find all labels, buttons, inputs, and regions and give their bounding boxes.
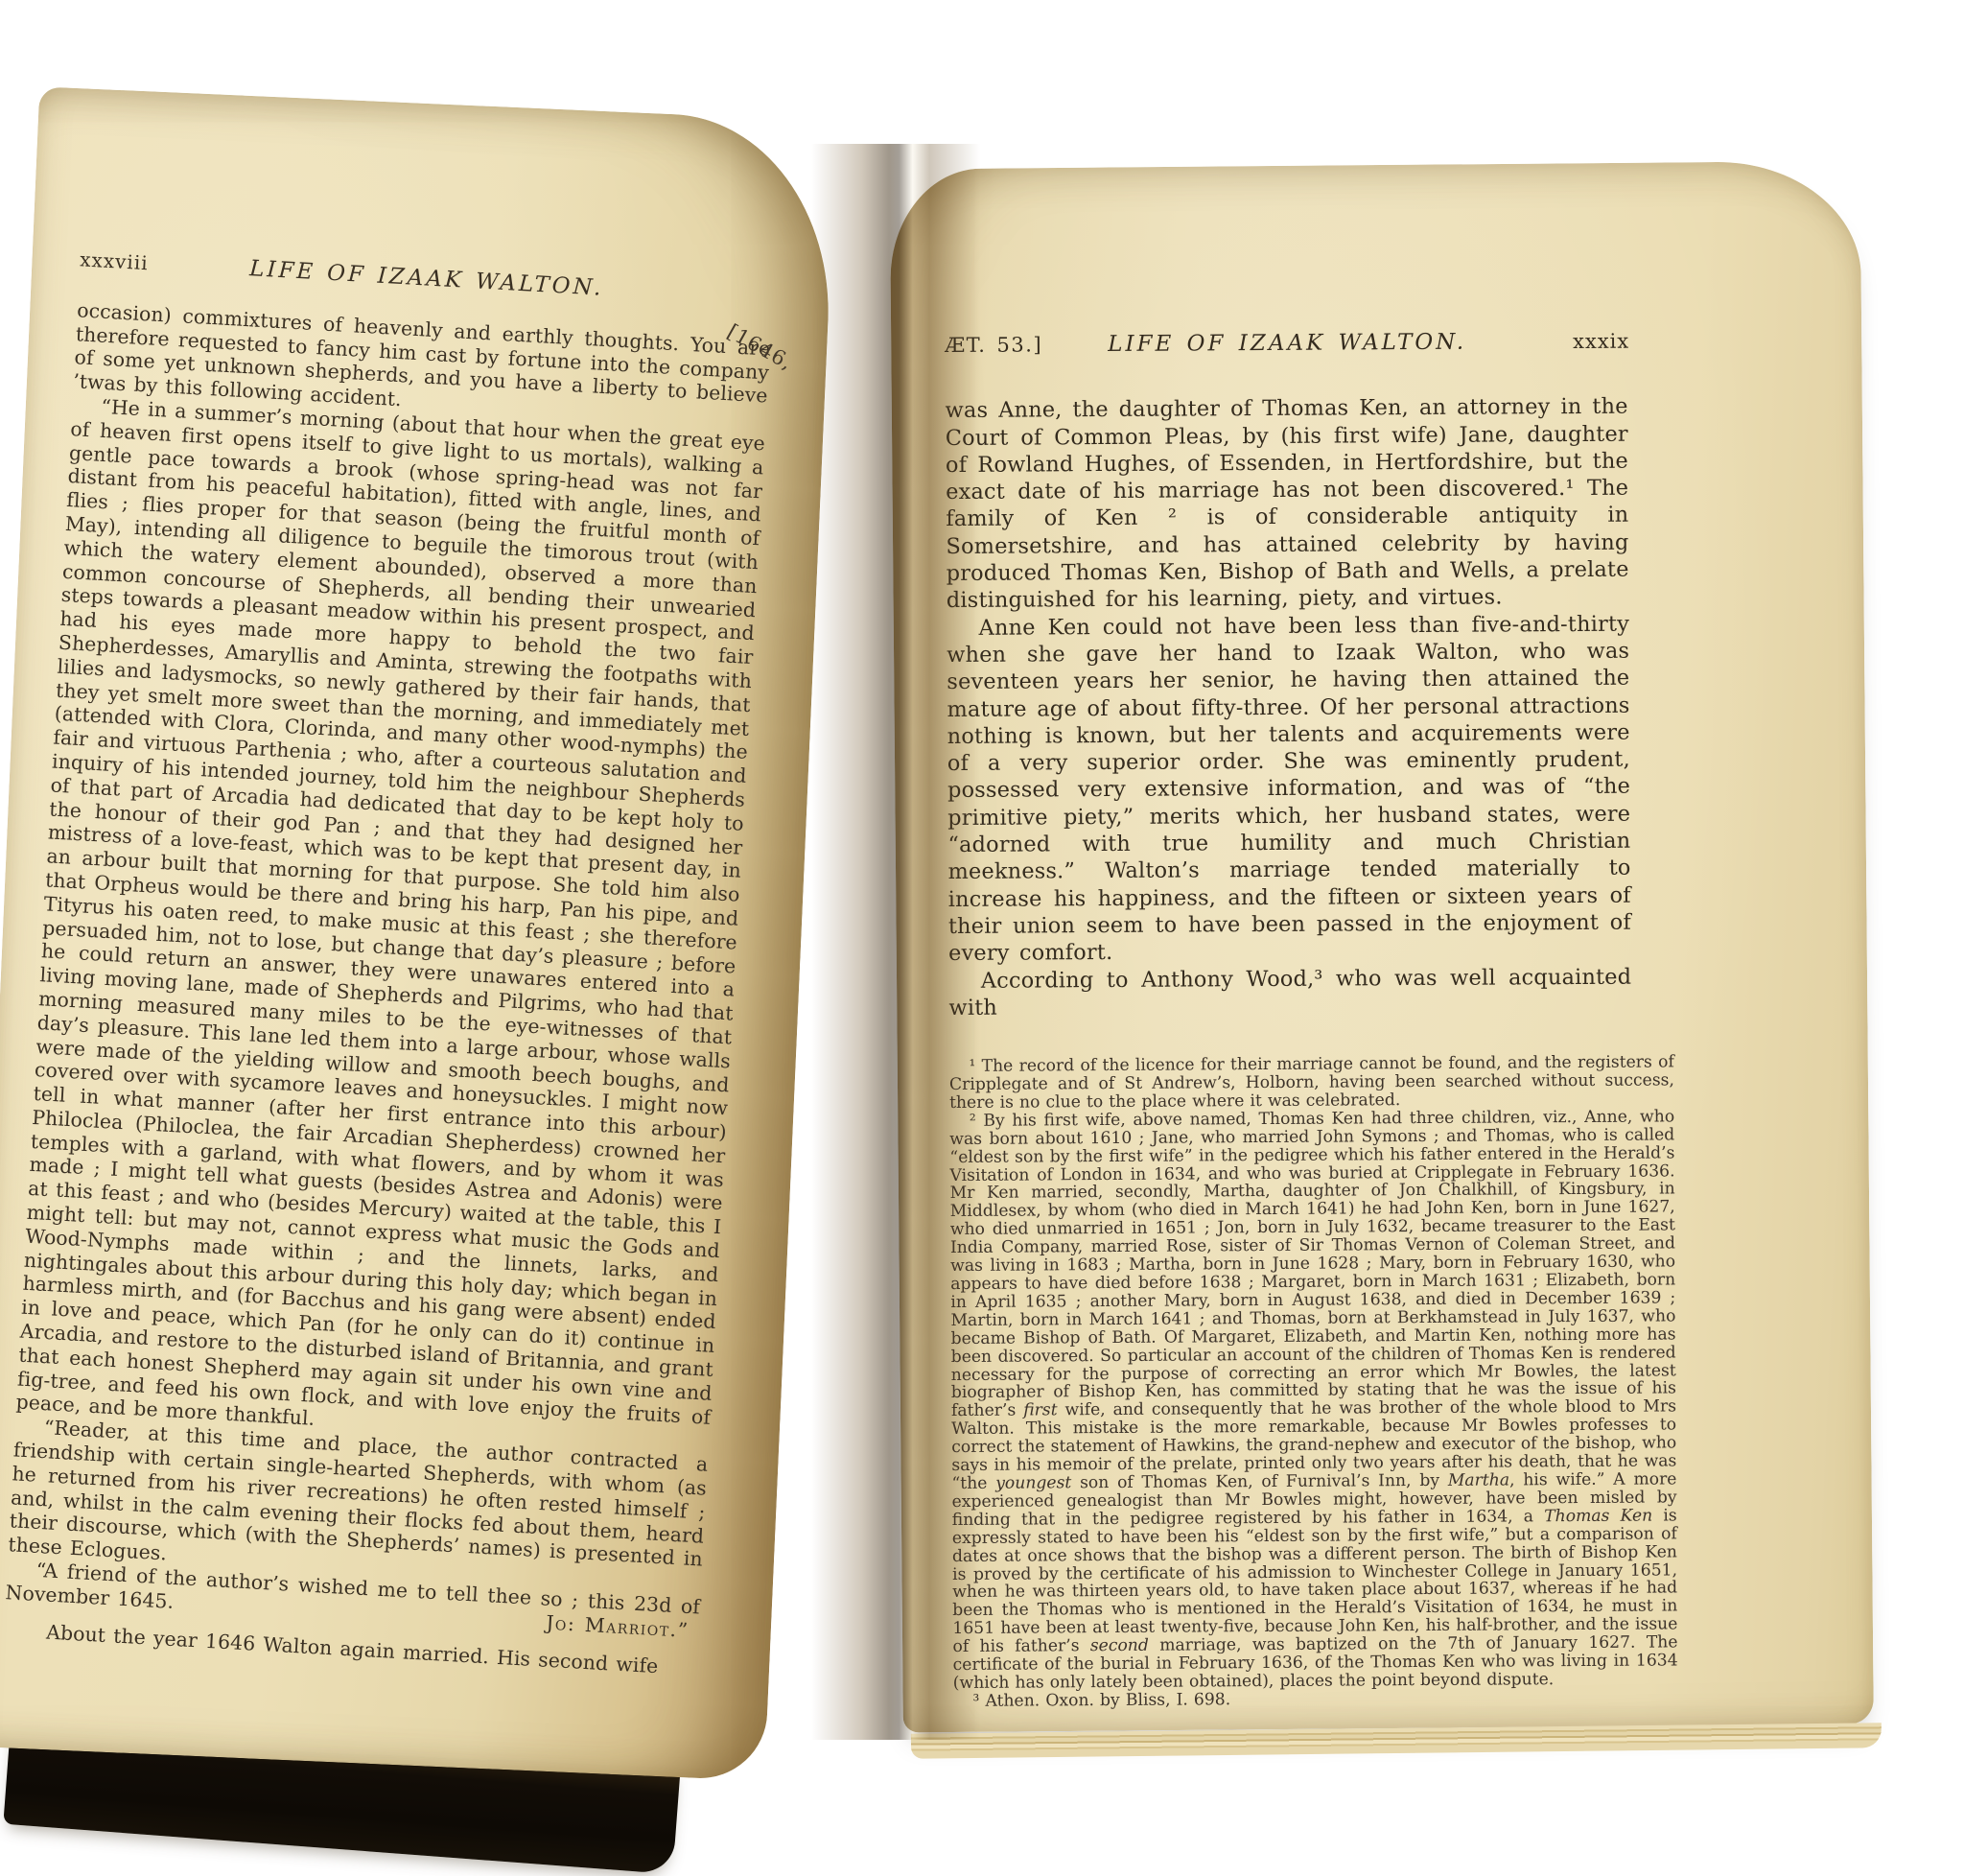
left-running-title: LIFE OF IZAAK WALTON. (194, 254, 659, 304)
footnote: ² By his first wife, above named, Thomas… (949, 1108, 1678, 1693)
right-page-folio: xxxix (1466, 328, 1629, 356)
book-photo: xxxviii LIFE OF IZAAK WALTON. [1646, occ… (0, 0, 1964, 1876)
right-page-text: ÆT. 53.] LIFE OF IZAAK WALTON. xxxix was… (945, 327, 1678, 1710)
left-page-folio: xxxviii (80, 247, 196, 277)
left-page-text: xxxviii LIFE OF IZAAK WALTON. [1646, occ… (3, 247, 774, 1680)
left-page-header: xxxviii LIFE OF IZAAK WALTON. (80, 247, 774, 310)
right-page: ÆT. 53.] LIFE OF IZAAK WALTON. xxxix was… (890, 161, 1874, 1733)
footnote: ³ Athen. Oxon. by Bliss, I. 698. (953, 1688, 1678, 1711)
age-note: ÆT. 53.] (945, 331, 1108, 359)
left-page: xxxviii LIFE OF IZAAK WALTON. [1646, occ… (0, 86, 837, 1781)
footnotes-block: ¹ The record of the licence for their ma… (949, 1054, 1678, 1711)
right-running-title: LIFE OF IZAAK WALTON. (1108, 329, 1466, 359)
page-edge-stack-bottom (911, 1723, 1882, 1758)
paragraph: Anne Ken could not have been less than f… (947, 610, 1673, 967)
paragraph: was Anne, the daughter of Thomas Ken, an… (946, 393, 1672, 615)
footnote: ¹ The record of the licence for their ma… (949, 1054, 1674, 1113)
paragraph: “He in a summer’s morning (about that ho… (15, 393, 765, 1453)
right-page-header: ÆT. 53.] LIFE OF IZAAK WALTON. xxxix (945, 327, 1670, 359)
paragraph: According to Anthony Wood,³ who was well… (948, 963, 1673, 1021)
